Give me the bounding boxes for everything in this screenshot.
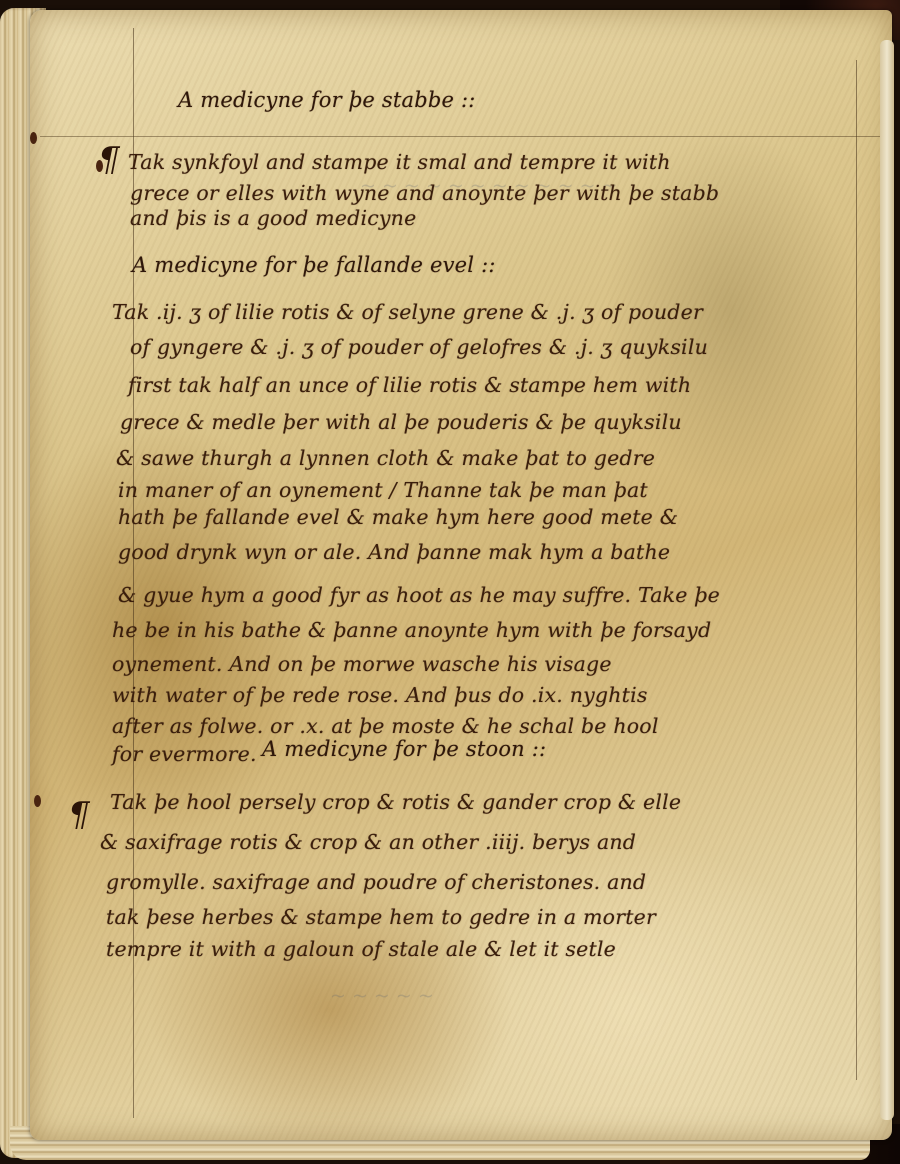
text-line: tak þese herbes & stampe hem to gedre in…: [106, 905, 656, 929]
manuscript-text: A medicyne for þe stabbe :: ¶ Tak synkfo…: [0, 0, 900, 1164]
text-line: after as folwe. or .x. at þe moste & he …: [112, 714, 659, 738]
recipe-heading: A medicyne for þe stabbe ::: [178, 88, 476, 112]
text-line: of gyngere & .j. ʒ of pouder of gelofres…: [130, 335, 708, 359]
text-line: in maner of an oynement / Thanne tak þe …: [118, 478, 648, 502]
text-line: grece or elles with wyne and anoynte þer…: [130, 181, 719, 205]
recipe-heading: A medicyne for þe stoon ::: [262, 737, 546, 761]
text-line: with water of þe rede rose. And þus do .…: [112, 683, 648, 707]
text-line: gromylle. saxifrage and poudre of cheris…: [106, 870, 646, 894]
text-line: he be in his bathe & þanne anoynte hym w…: [112, 618, 711, 642]
text-line: & saxifrage rotis & crop & an other .iii…: [100, 830, 636, 854]
text-line: & sawe thurgh a lynnen cloth & make þat …: [116, 446, 655, 470]
recipe-heading: A medicyne for þe fallande evel ::: [132, 253, 496, 277]
text-line: & gyue hym a good fyr as hoot as he may …: [118, 583, 720, 607]
text-line-prefix: for evermore.: [112, 742, 257, 766]
text-line: good drynk wyn or ale. And þanne mak hym…: [118, 540, 670, 564]
paragraph-mark: ¶: [68, 795, 90, 835]
text-line: and þis is a good medicyne: [130, 206, 416, 230]
text-line: hath þe fallande evel & make hym here go…: [118, 505, 678, 529]
text-line: grece & medle þer with al þe pouderis & …: [120, 410, 682, 434]
text-line: Tak synkfoyl and stampe it smal and temp…: [128, 150, 671, 174]
text-line: tempre it with a galoun of stale ale & l…: [106, 937, 616, 961]
paragraph-mark: ¶: [98, 140, 120, 180]
text-line: Tak þe hool persely crop & rotis & gande…: [110, 790, 681, 814]
text-line: first tak half an unce of lilie rotis & …: [128, 373, 691, 397]
text-line: Tak .ij. ʒ of lilie rotis & of selyne gr…: [112, 300, 703, 324]
text-line: oynement. And on þe morwe wasche his vis…: [112, 652, 612, 676]
